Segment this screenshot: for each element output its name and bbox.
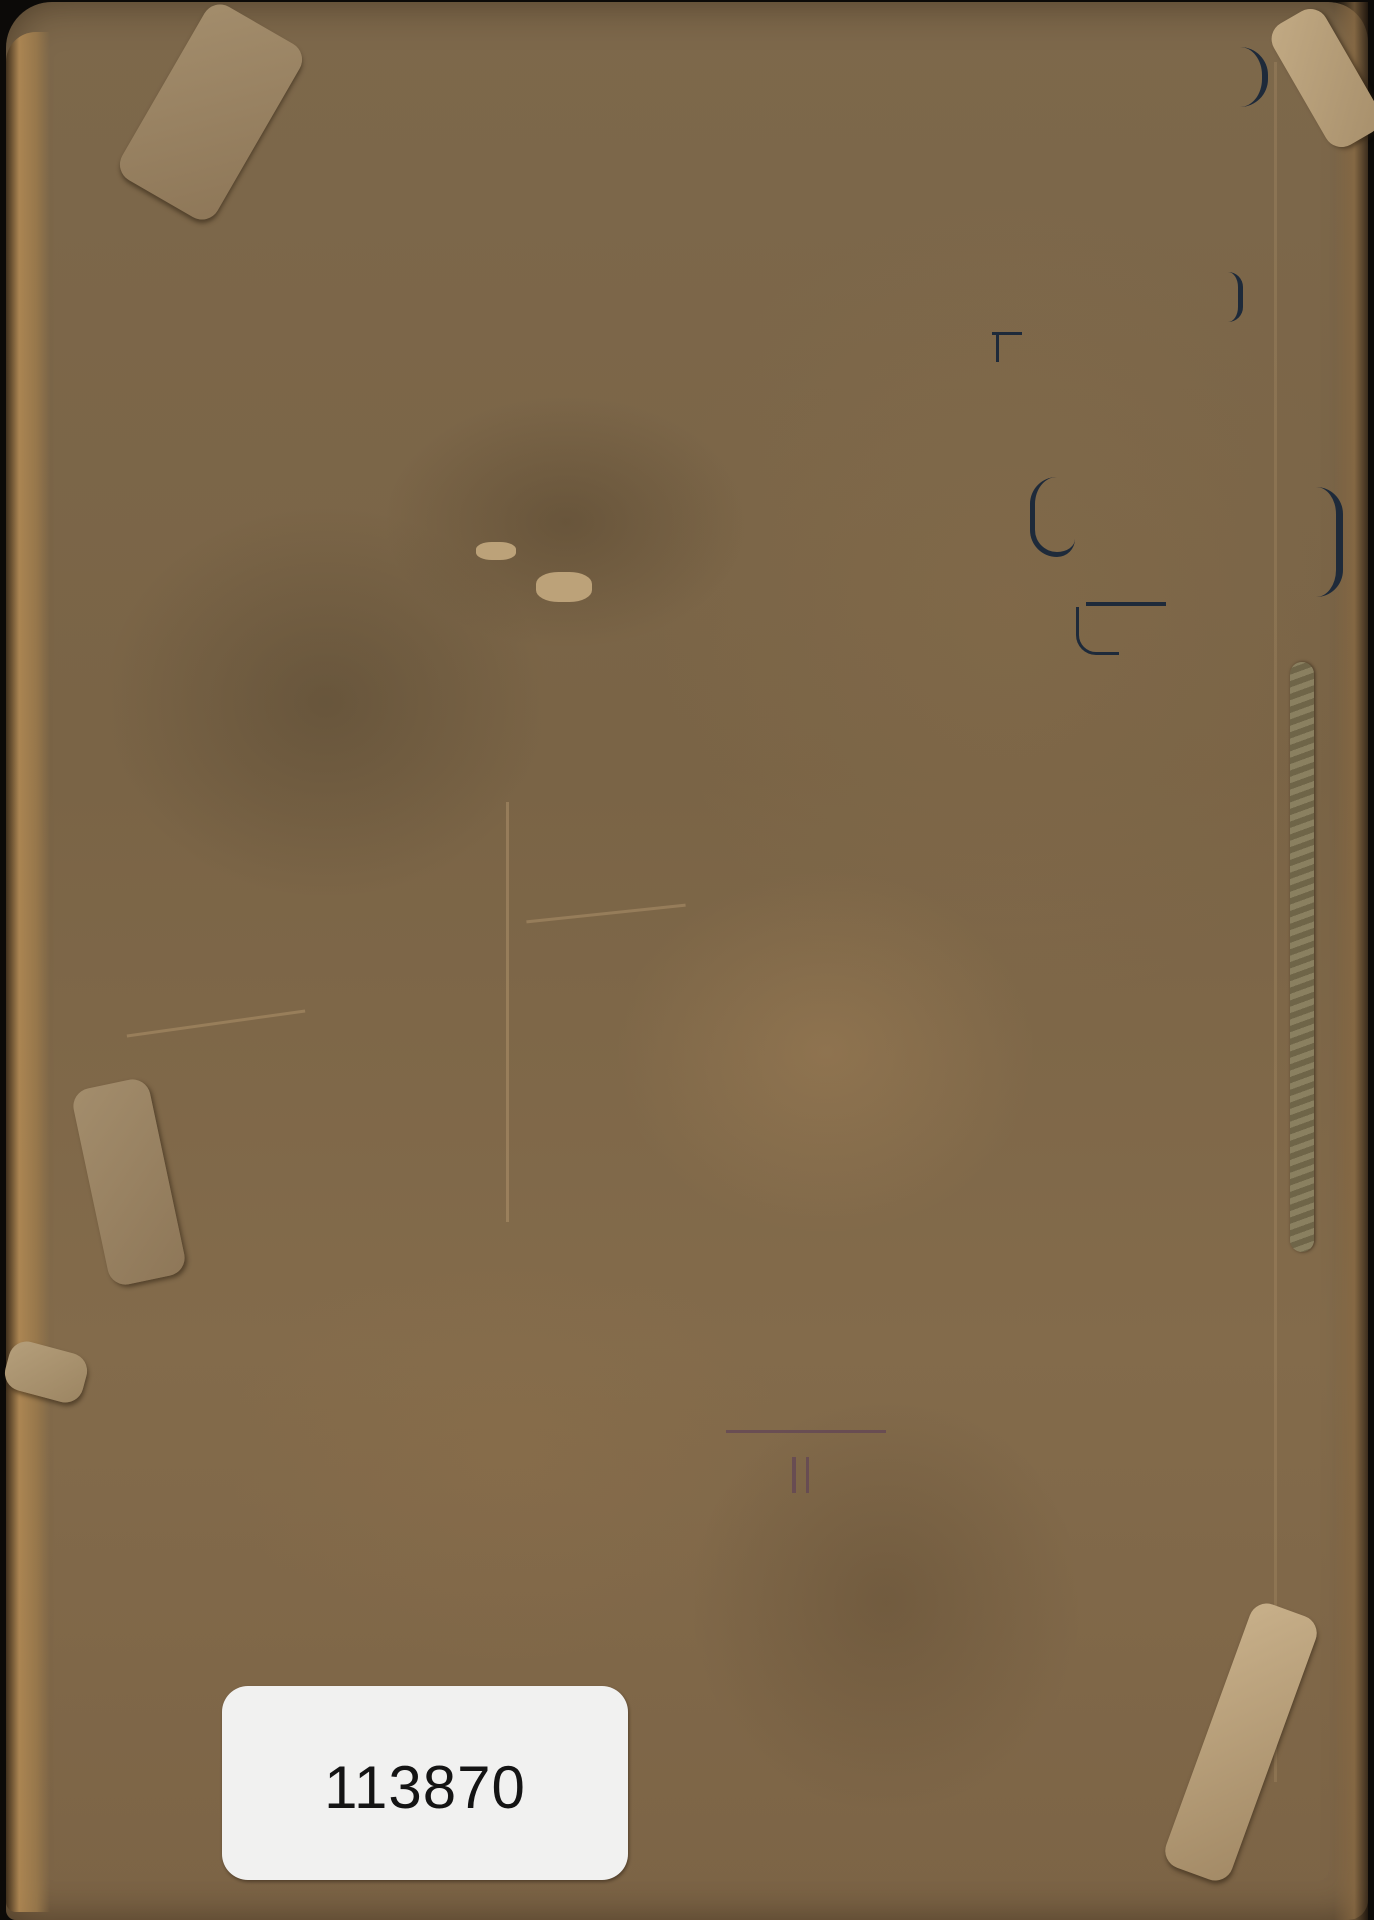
ink-mark (1240, 47, 1268, 107)
crack-mark (127, 1009, 306, 1037)
paper-loss-mark (476, 542, 516, 560)
pencil-mark (726, 1430, 886, 1433)
crack-mark (526, 904, 685, 924)
corner-tab-top-left (113, 0, 308, 226)
ink-mark (1076, 607, 1119, 655)
catalog-number: 113870 (324, 1753, 526, 1822)
binding-cord (1290, 662, 1314, 1252)
ink-mark (1316, 487, 1343, 597)
crack-mark (506, 802, 509, 1222)
catalog-label: 113870 (222, 1686, 628, 1880)
book-edge-right (1334, 2, 1368, 1920)
side-tab-left (70, 1076, 188, 1288)
ink-mark (996, 332, 1002, 362)
spine-fold (1274, 62, 1277, 1782)
ink-mark (1030, 477, 1075, 557)
paper-loss-mark (536, 572, 592, 602)
pencil-mark (806, 1457, 809, 1493)
pencil-mark (792, 1457, 796, 1493)
book-cover: 113870 (6, 2, 1368, 1920)
ink-mark (1228, 272, 1243, 322)
book-edge-left (6, 32, 50, 1912)
corner-tab-bottom-right (1160, 1598, 1322, 1885)
